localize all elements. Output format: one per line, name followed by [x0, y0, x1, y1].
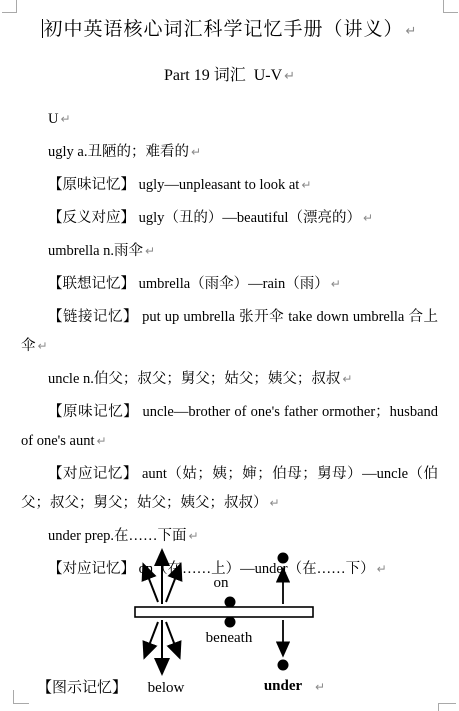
paragraph: 【联想记忆】 umbrella（雨伞）—rain（雨）↵: [21, 270, 438, 299]
paragraph-mark-icon: ↵: [342, 372, 352, 386]
paragraph-text: 【联想记忆】 umbrella（雨伞）—rain（雨）: [48, 276, 329, 292]
paragraph-mark-icon: ↵: [191, 145, 201, 159]
section-heading: Part 19 词汇 U-V↵: [0, 62, 459, 85]
paragraph-mark-icon: ↵: [270, 496, 280, 510]
body-text: U↵ ugly a.丑陋的；难看的↵ 【原味记忆】 ugly—unpleasan…: [21, 105, 438, 588]
on-dot: [225, 597, 236, 608]
paragraph-text: 【对应记忆】 aunt（姑；姨；婶；伯母；舅母）—uncle（伯父；叔父；舅父；…: [21, 466, 438, 511]
paragraph-text: 【原味记忆】 uncle—brother of one's father orm…: [21, 404, 438, 449]
under-dot: [278, 660, 289, 671]
paragraph-mark-icon: ↵: [96, 434, 106, 448]
figure-memory-label: 【图示记忆】: [37, 676, 127, 697]
beneath-dot: [225, 617, 236, 628]
paragraph: 【原味记忆】 ugly—unpleasant to look at↵: [21, 171, 438, 200]
margin-crop-mark-top-right: [443, 0, 458, 13]
paragraph: ugly a.丑陋的；难看的↵: [21, 138, 438, 167]
paragraph-text: 【原味记忆】 ugly—unpleasant to look at: [48, 177, 299, 193]
margin-crop-mark-top-left: [2, 0, 17, 13]
page-title-text: 初中英语核心词汇科学记忆手册（讲义）: [44, 19, 404, 40]
paragraph-mark-icon: ↵: [60, 112, 70, 126]
paragraph-text: umbrella n.雨伞: [48, 243, 143, 259]
paragraph: U↵: [21, 105, 438, 134]
label-under: under: [253, 678, 313, 695]
label-below: below: [136, 680, 196, 697]
prepositions-diagram: on beneath below under 【图示记忆】 ↵: [0, 538, 459, 711]
paragraph: 【对应记忆】 aunt（姑；姨；婶；伯母；舅母）—uncle（伯父；叔父；舅父；…: [21, 460, 438, 518]
paragraph: 【反义对应】 ugly（丑的）—beautiful（漂亮的）↵: [21, 204, 438, 233]
section-heading-text: Part 19 词汇 U-V: [164, 67, 282, 84]
paragraph: 【链接记忆】 put up umbrella 张开伞 take down umb…: [21, 303, 438, 361]
paragraph-text: uncle n.伯父；叔父；舅父；姑父；姨父；叔叔: [48, 371, 340, 387]
surface-bar: [135, 607, 313, 617]
paragraph-mark-icon: ↵: [315, 680, 325, 694]
paragraph-mark-icon: ↵: [331, 277, 341, 291]
paragraph-mark-icon: ↵: [363, 211, 373, 225]
page-title: 初中英语核心词汇科学记忆手册（讲义）↵: [0, 14, 459, 41]
paragraph-text: U: [48, 111, 58, 127]
paragraph-text: ugly a.丑陋的；难看的: [48, 144, 189, 160]
paragraph-mark-icon: ↵: [406, 24, 418, 39]
paragraph-mark-icon: ↵: [38, 339, 48, 353]
paragraph-mark-icon: ↵: [284, 69, 295, 84]
document-page: 初中英语核心词汇科学记忆手册（讲义）↵ Part 19 词汇 U-V↵ U↵ u…: [0, 0, 459, 711]
paragraph: umbrella n.雨伞↵: [21, 237, 438, 266]
paragraph: 【原味记忆】 uncle—brother of one's father orm…: [21, 398, 438, 456]
text-cursor: [42, 19, 43, 38]
paragraph-mark-icon: ↵: [145, 244, 155, 258]
paragraph-text: 【链接记忆】 put up umbrella 张开伞 take down umb…: [21, 309, 438, 354]
paragraph-text: 【反义对应】 ugly（丑的）—beautiful（漂亮的）: [48, 210, 361, 226]
below-arrow-fan: [145, 620, 179, 672]
over-dot: [278, 553, 289, 564]
above-arrow-fan: [144, 552, 180, 604]
paragraph: uncle n.伯父；叔父；舅父；姑父；姨父；叔叔↵: [21, 365, 438, 394]
paragraph-mark-icon: ↵: [301, 178, 311, 192]
label-on: on: [196, 575, 246, 592]
label-beneath: beneath: [194, 630, 264, 647]
prepositions-diagram-graphic: [100, 538, 335, 698]
